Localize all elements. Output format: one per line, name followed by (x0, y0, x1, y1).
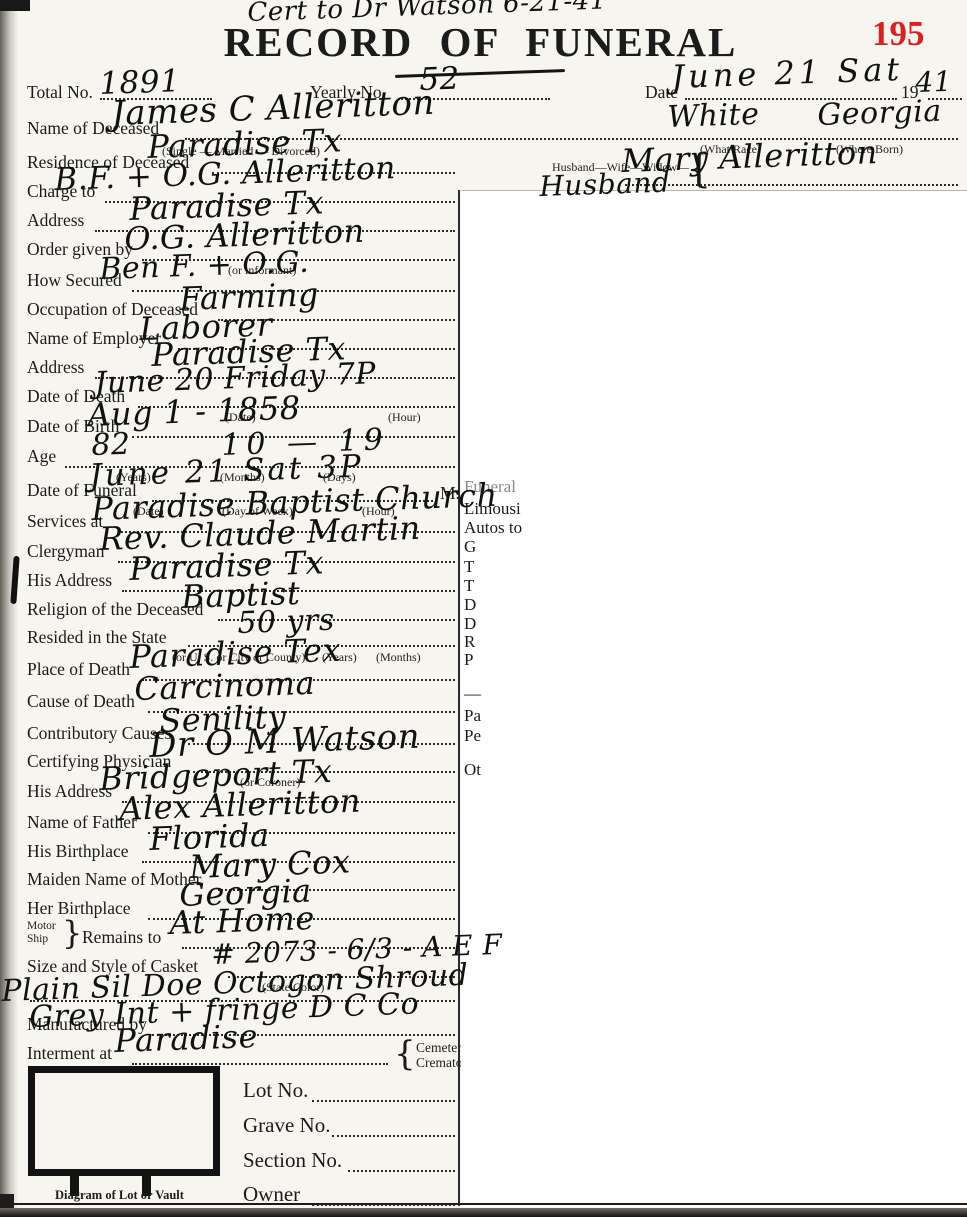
partial-label: — (464, 684, 481, 704)
employer-address-label: Address (27, 357, 84, 378)
motor-label: Motor (27, 920, 56, 932)
spouse-name-value: Mary Alleritton (621, 133, 879, 180)
partial-label: Pa (464, 706, 481, 726)
lot-diagram-box (28, 1066, 220, 1176)
mother-name-label: Maiden Name of Mother (27, 869, 201, 890)
diagram-caption: Diagram of Lot or Vault (55, 1188, 184, 1203)
partial-label: Ot (464, 760, 481, 780)
interment-at-value: Paradise (114, 1017, 259, 1060)
religion-label: Religion of the Deceased (27, 599, 203, 620)
race-value: White (667, 97, 760, 135)
address-label: Address (27, 210, 84, 231)
funeral-record-page: Cert to Dr Watson 6-21-41 RECORD OF FUNE… (0, 0, 967, 1217)
partial-label: G (464, 537, 476, 557)
date-value: June 21 Sat (671, 50, 904, 96)
lot-no-label: Lot No. (243, 1078, 308, 1103)
age-label: Age (27, 446, 56, 467)
page-bottom-rule (0, 1203, 967, 1205)
father-birthplace-label: His Birthplace (27, 841, 129, 862)
clergy-address-label: His Address (27, 570, 112, 591)
dotted-line (348, 1170, 455, 1172)
partial-label: T (464, 557, 474, 577)
grave-no-label: Grave No. (243, 1113, 330, 1138)
page-number: 195 (872, 14, 925, 54)
clergyman-label: Clergyman (27, 541, 104, 562)
where-born-value: Georgia (817, 94, 942, 133)
ship-label: Ship (27, 933, 48, 945)
section-no-label: Section No. (243, 1148, 342, 1173)
dotted-line (625, 184, 958, 186)
dotted-line (312, 1100, 455, 1102)
scan-edge-mark (0, 1194, 14, 1208)
book-gutter-shadow (0, 0, 18, 1217)
resided-months-sublabel: (Months) (376, 650, 421, 665)
remains-to-label: Remains to (82, 927, 161, 948)
partial-label: R (464, 632, 475, 652)
total-no-label: Total No. (27, 82, 93, 103)
remains-brace: } (62, 914, 82, 952)
cause-of-death-label: Cause of Death (27, 691, 135, 712)
page-bottom-edge (0, 1208, 967, 1217)
hour-sublabel: (Hour) (388, 410, 421, 425)
blank-paste-overlay (461, 190, 967, 1207)
partial-label: D (464, 595, 476, 615)
partial-label: T (464, 576, 474, 596)
scan-corner-mark (0, 0, 30, 11)
place-of-death-label: Place of Death (27, 659, 130, 680)
partial-label: P (464, 650, 473, 670)
partial-label: Pe (464, 726, 481, 746)
cemetery-brace: { (394, 1034, 416, 1074)
interment-at-label: Interment at (27, 1043, 112, 1064)
partial-label: D (464, 614, 476, 634)
dotted-line (332, 1135, 455, 1137)
dotted-line (132, 1063, 388, 1065)
column-divider-line (458, 190, 460, 1206)
partial-label-autos-to: Autos to (464, 518, 522, 538)
